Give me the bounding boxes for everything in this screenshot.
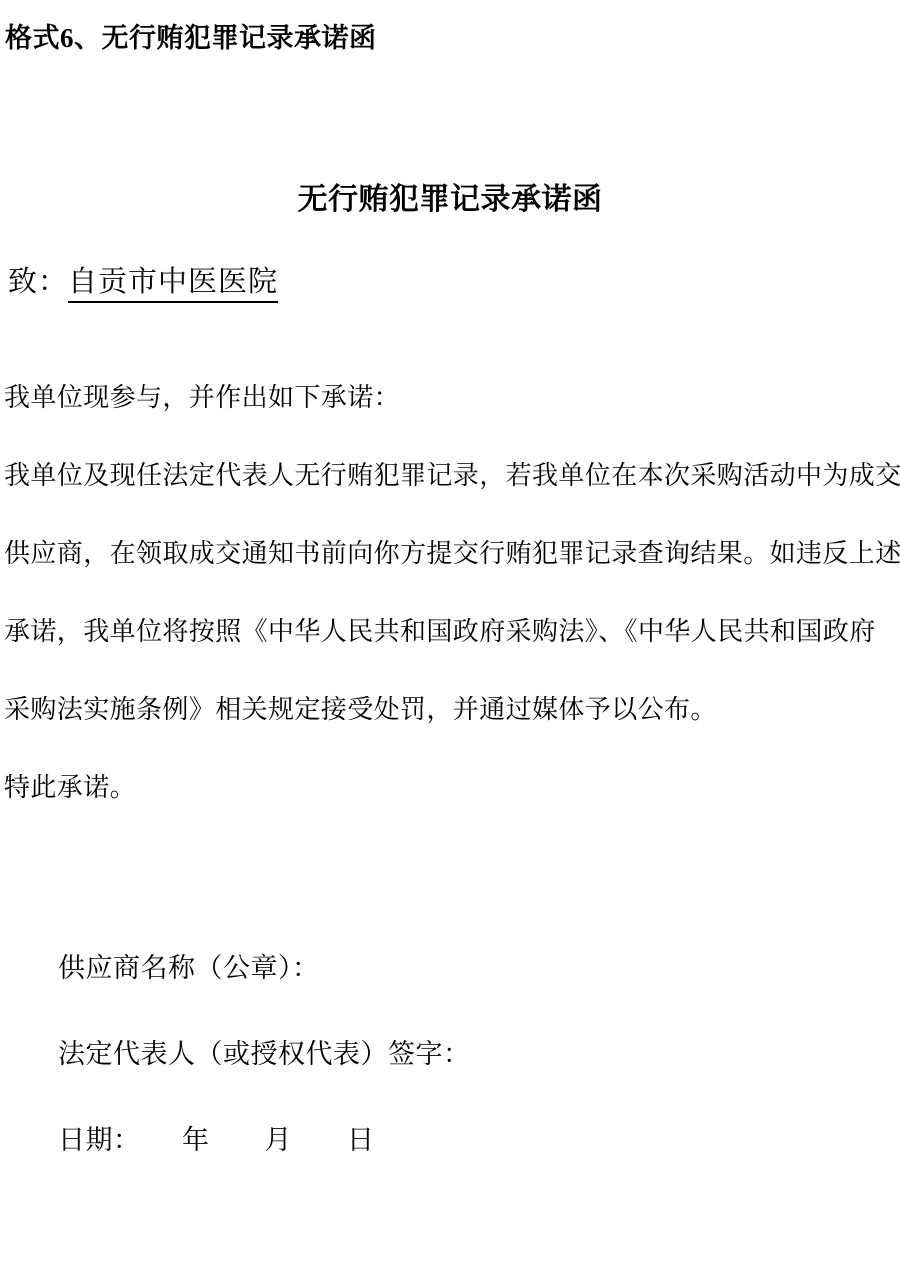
- body-line: 采购法实施条例》相关规定接受处罚，并通过媒体予以公布。: [4, 671, 900, 749]
- supplier-name-line: 供应商名称（公章）：: [58, 925, 471, 1011]
- body-text: 我单位现参与，并作出如下承诺： 我单位及现任法定代表人无行贿犯罪记录，若我单位在…: [4, 359, 900, 827]
- body-line: 我单位及现任法定代表人无行贿犯罪记录，若我单位在本次采购活动中为成交: [4, 437, 900, 515]
- body-line-commitment-intro: 我单位现参与，并作出如下承诺：: [4, 359, 900, 437]
- salutation-prefix: 致：: [8, 266, 68, 298]
- representative-signature-line: 法定代表人（或授权代表）签字：: [58, 1011, 471, 1097]
- body-line-closing: 特此承诺。: [4, 749, 900, 827]
- document-title: 无行贿犯罪记录承诺函: [0, 180, 900, 220]
- body-line: 供应商，在领取成交通知书前向你方提交行贿犯罪记录查询结果。如违反上述: [4, 515, 900, 593]
- format-header: 格式6、无行贿犯罪记录承诺函: [5, 18, 377, 58]
- body-line: 承诺，我单位将按照《中华人民共和国政府采购法》、《中华人民共和国政府: [4, 593, 900, 671]
- recipient-name: 自贡市中医医院: [68, 266, 278, 303]
- document-page: 格式6、无行贿犯罪记录承诺函 无行贿犯罪记录承诺函 致：自贡市中医医院 我单位现…: [0, 0, 900, 1265]
- salutation-line: 致：自贡市中医医院: [8, 262, 278, 302]
- signature-block: 供应商名称（公章）： 法定代表人（或授权代表）签字： 日期： 年 月 日: [58, 925, 471, 1183]
- date-line: 日期： 年 月 日: [58, 1097, 471, 1183]
